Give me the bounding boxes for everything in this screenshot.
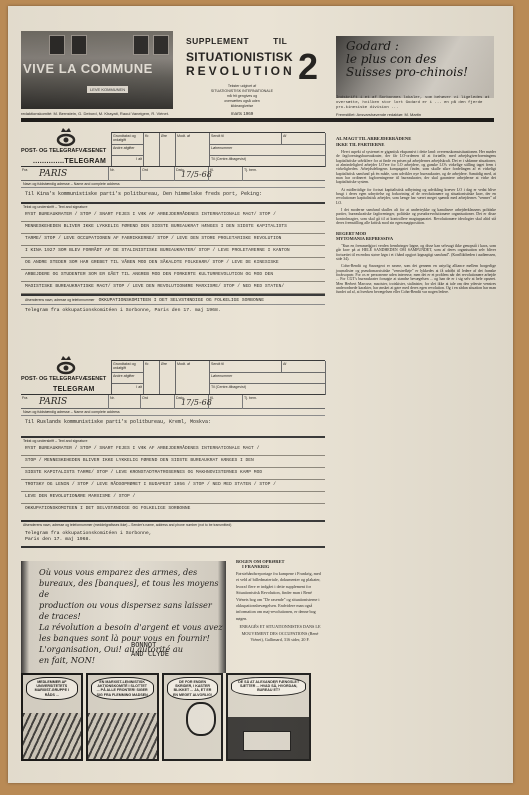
letter-line: bureaux, des [banques], et tous les moye… xyxy=(39,578,224,600)
window-shape xyxy=(49,35,65,55)
subheading-line: MYTOMANIA REPRESSIVA xyxy=(336,236,496,241)
telegram-label: TELEGRAM xyxy=(53,386,95,393)
letter-line: de traces! xyxy=(39,611,224,622)
fee-label: Af xyxy=(282,133,326,145)
pub-line: kildeangivelse xyxy=(186,104,298,109)
masthead-title: SUPPLEMENTTIL SITUATIONISTISK REVOLUTION… xyxy=(186,36,336,116)
kl-cell: Kl. xyxy=(209,167,243,181)
window-shape xyxy=(153,35,169,55)
document-page: VIVE LA COMMUNE LEVE KOMMUNEN redaktions… xyxy=(8,6,513,783)
fee-label: Grundtakst og ordafgift xyxy=(112,133,144,145)
photo-caption: Indskrift i et af Sorbonnes lokaler, som… xyxy=(336,96,494,111)
comic-panel: MEDLEMMER AF UNIVERSITETETS MARXIST-GRUP… xyxy=(21,673,83,761)
sender-label: Afsenderens navn, adresse og telefonnumm… xyxy=(21,520,325,528)
letter-line: Où vous vous emparez des armes, des xyxy=(39,567,224,578)
from-value: PARIS xyxy=(39,169,67,179)
fee-label: Sendt til xyxy=(210,361,282,373)
date-value: 17/5-68 xyxy=(181,398,212,407)
photo-sign: LEVE KOMMUNEN xyxy=(87,86,128,93)
telegram-text-line: OKKUPATIONSKOMITEEN I DET SELVSTÆNDIGE O… xyxy=(21,504,325,520)
masthead-rule xyxy=(21,118,494,122)
letter-signature: BONNOT AND CLYDE xyxy=(131,641,169,659)
book-notice: BOGEN OM OPRØRET I FRANKRIG Førstehåndsr… xyxy=(236,559,324,643)
responsible-editor: Fremstillet: Ansvarshavende redaktør: M.… xyxy=(336,112,494,117)
article-column: AL MAGT TIL ARBEJDERRÅDENE IKKE TIL PART… xyxy=(336,136,496,295)
fee-label: Øre xyxy=(160,361,176,395)
letter-line: La révolution a besoin d'argent et vous … xyxy=(39,622,224,633)
telegram-fee-grid: Grundtakst og ordafgift Andre afgifter I… xyxy=(111,132,325,166)
vive-la-commune-photo: VIVE LA COMMUNE LEVE KOMMUNEN xyxy=(21,31,173,109)
article-paragraph: At midlertidige for fortsat kapitalistis… xyxy=(336,188,496,205)
date-value: 17/5-68 xyxy=(181,170,212,179)
from-value: PARIS xyxy=(39,397,67,407)
telegram-text-line: LEVE DEN REVOLUTIONÆRE MARXISME / STOP / xyxy=(21,492,325,504)
fee-label: Øre xyxy=(160,133,176,167)
speech-balloon: MEDLEMMER AF UNIVERSITETETS MARXIST-GRUP… xyxy=(26,677,78,700)
panel-artwork xyxy=(23,713,81,759)
book-body: Førstehåndsreportage fra kampene i Frank… xyxy=(236,571,324,622)
article-paragraph: "Kun en fremmedgjort verden frembringer … xyxy=(336,244,496,261)
telegram-text-line: MAOISTISKE BUREAUKRATISKE MAGT/ STOP / L… xyxy=(21,282,325,294)
agency-name: POST- OG TELEGRAFVÆSENET xyxy=(21,376,106,382)
address-label: Navn og fuldstændig adresse – Name and c… xyxy=(21,181,325,188)
fee-label: Kr. xyxy=(144,361,160,395)
telegram-origin-row: Fra PARIS Nr. Ord Dato 17/5-68 Kl. Tj. b… xyxy=(21,394,325,409)
telegram-text-line: RYST BUREAUKRATER / STOP / SNART FEJES I… xyxy=(21,444,325,456)
book-heading-line: I FRANKRIG xyxy=(236,564,324,569)
journal-title: SITUATIONISTISK REVOLUTION 2 xyxy=(186,50,336,78)
godard-graffiti-photo: Godard : le plus con des Suisses pro-chi… xyxy=(336,36,494,98)
speech-balloon: DE SÅ AT ALEXANDER FÆNGSLET SÆTTER ... H… xyxy=(231,677,306,696)
fee-label: Andre afgifter xyxy=(112,145,144,156)
editorial-credits: redaktionskomité: M. Bernstein, G. Debor… xyxy=(21,111,169,116)
kl-cell: Kl. xyxy=(209,395,243,409)
ord-cell: Ord xyxy=(141,395,175,409)
fee-label: Modt. af xyxy=(176,133,210,167)
nr-cell: Nr. xyxy=(109,395,141,409)
telegram-peking: POST- OG TELEGRAFVÆSENET ..............T… xyxy=(21,126,325,317)
address-value: Til Ruslands kommunistiske parti's polit… xyxy=(21,416,325,438)
telegram-text-line: MENNESKEHEDEN BLIVER IKKE LYKKELIG FØREN… xyxy=(21,222,325,234)
sender-line: Afsenderens navn, adresse og telefonnumm… xyxy=(21,294,325,305)
comic-panel: EN MARXIST-LENINISTISK AKTIONSKOMITÉ I S… xyxy=(86,673,159,761)
book-title: ENRAGÉS ET SITUATIONNISTES DANS LE MOUVE… xyxy=(236,624,324,643)
from-label: Fra xyxy=(22,396,27,400)
supplement-label: SUPPLEMENT xyxy=(186,36,249,46)
telegram-text-line: TARME/ STOP / LEVE OCCUPATIONEN AF FABRI… xyxy=(21,234,325,246)
issue-number: 2 xyxy=(298,46,318,88)
speech-balloon: EN MARXIST-LENINISTISK AKTIONSKOMITÉ I S… xyxy=(91,677,154,700)
fee-label: Andre afgifter xyxy=(112,373,144,384)
fee-label: Modt. af xyxy=(176,361,210,395)
telegram-text-line: OG ANDRE STEDER SOM HAR GREBET TIL VÅBEN… xyxy=(21,258,325,270)
from-label: Fra xyxy=(22,168,27,172)
fee-label: Sendt til xyxy=(210,133,282,145)
character-face xyxy=(186,702,216,736)
article-heading: AL MAGT TIL ARBEJDERRÅDENE IKKE TIL PART… xyxy=(336,136,496,147)
footer-line: Paris den 17. maj 1968. xyxy=(25,537,321,543)
agency-name: POST- OG TELEGRAFVÆSENET xyxy=(21,148,106,154)
signature-line: BONNOT xyxy=(131,641,169,650)
article-paragraph: Cohn-Bendit og Sauvageot er navne, som d… xyxy=(336,264,496,294)
telegram-text-line: TROTSKY OG LENIN / STOP / LEVE RÅDSOPRØR… xyxy=(21,480,325,492)
telegram-text-line: SIDSTE KAPITALISTS TARME/ STOP / LEVE KR… xyxy=(21,468,325,480)
tj-cell: Tj. bem. xyxy=(243,395,325,409)
nr-cell: Nr. xyxy=(109,167,141,181)
article-paragraph: I det moderne samfund skulles alt for at… xyxy=(336,208,496,225)
telegram-fee-grid: Grundtakst og ordafgift Andre afgifter I… xyxy=(111,360,325,394)
telegram-text-line: STOP / MENNESKEHEDEN BLIVER IKKE LYKKELI… xyxy=(21,456,325,468)
fee-label: Løbenummer xyxy=(210,145,326,156)
speech-balloon: DE FOR ENDEN SKRIDER, I KASTER BLIKKET .… xyxy=(167,677,219,700)
handwritten-letter: Où vous vous emparez des armes, des bure… xyxy=(21,561,226,673)
address-value: Til Kina's kommunistiske parti's politbu… xyxy=(21,188,325,204)
tj-cell: Tj. bem. xyxy=(243,167,325,181)
graffiti-line: Suisses pro-chinois! xyxy=(346,66,468,79)
issue-date: marts 1969 xyxy=(186,111,298,116)
signature-line: AND CLYDE xyxy=(131,650,169,659)
sender-label: Afsenderens navn, adresse og telefonnumm… xyxy=(25,298,95,302)
telegram-footer: Telegram fra okkupationskomitéen i Sorbo… xyxy=(21,528,325,548)
telegram-text-line: ARBEJDERE OG STUDENTER SOM ER GÅET TIL A… xyxy=(21,270,325,282)
fee-label: Løbenummer xyxy=(210,373,326,384)
letter-line: production ou vous dispersez sans laisse… xyxy=(39,600,224,611)
article-paragraph: Hvert aspekt af systemet er gigantisk ek… xyxy=(336,150,496,185)
comic-panel: DE SÅ AT ALEXANDER FÆNGSLET SÆTTER ... H… xyxy=(226,673,311,761)
heading-line: IKKE TIL PARTIERNE xyxy=(336,142,496,148)
panel-artwork xyxy=(88,713,157,759)
fee-label: Grundtakst og ordafgift xyxy=(112,361,144,373)
telegram-origin-row: Fra PARIS Nr. Ord Dato 17/5-68 Kl. Tj. b… xyxy=(21,166,325,181)
posthorn-crown-icon xyxy=(55,354,77,376)
address-label: Navn og fuldstændig adresse – Name and c… xyxy=(21,409,325,416)
telegram-footer: Telegram fra okkupationskomitéen i Sorbo… xyxy=(21,305,325,317)
telegram-text-line: I KINA 1927 SOM BLEV FORRÅDT AF DE STALI… xyxy=(21,246,325,258)
publication-note: Tekster udgivet af SITUATIONISTISK INTER… xyxy=(186,84,298,116)
window-shape xyxy=(71,35,87,55)
window-shape xyxy=(133,35,149,55)
til-label: TIL xyxy=(273,36,287,46)
supplement-line: SUPPLEMENTTIL xyxy=(186,36,336,46)
sender-value: OKKUPATIONSKOMITEEN I DET SELVSTÆNDIGE O… xyxy=(99,298,264,303)
telegram-header: POST- OG TELEGRAFVÆSENET TELEGRAM Grundt… xyxy=(21,354,325,394)
bus-drawing xyxy=(243,731,291,751)
graffiti-text: Godard : le plus con des Suisses pro-chi… xyxy=(346,40,468,79)
article-subheading: REGERT MOD MYTOMANIA REPRESSIVA xyxy=(336,231,496,241)
ord-cell: Ord xyxy=(141,167,175,181)
fee-label: Af xyxy=(282,361,326,373)
telegram-header: POST- OG TELEGRAFVÆSENET ..............T… xyxy=(21,126,325,166)
telegram-label: ..............TELEGRAM xyxy=(33,158,106,165)
photo-slogan: VIVE LA COMMUNE xyxy=(23,61,153,76)
posthorn-crown-icon xyxy=(55,126,77,148)
fee-label: Kr. xyxy=(144,133,160,167)
comic-panel: DE FOR ENDEN SKRIDER, I KASTER BLIKKET .… xyxy=(162,673,224,761)
telegram-moscow: POST- OG TELEGRAFVÆSENET TELEGRAM Grundt… xyxy=(21,354,325,548)
book-heading: BOGEN OM OPRØRET I FRANKRIG xyxy=(236,559,324,569)
comic-strip: MEDLEMMER AF UNIVERSITETETS MARXIST-GRUP… xyxy=(21,673,311,761)
telegram-text-line: RYST BUREAUKRATER / STOP / SNART FEJES I… xyxy=(21,210,325,222)
